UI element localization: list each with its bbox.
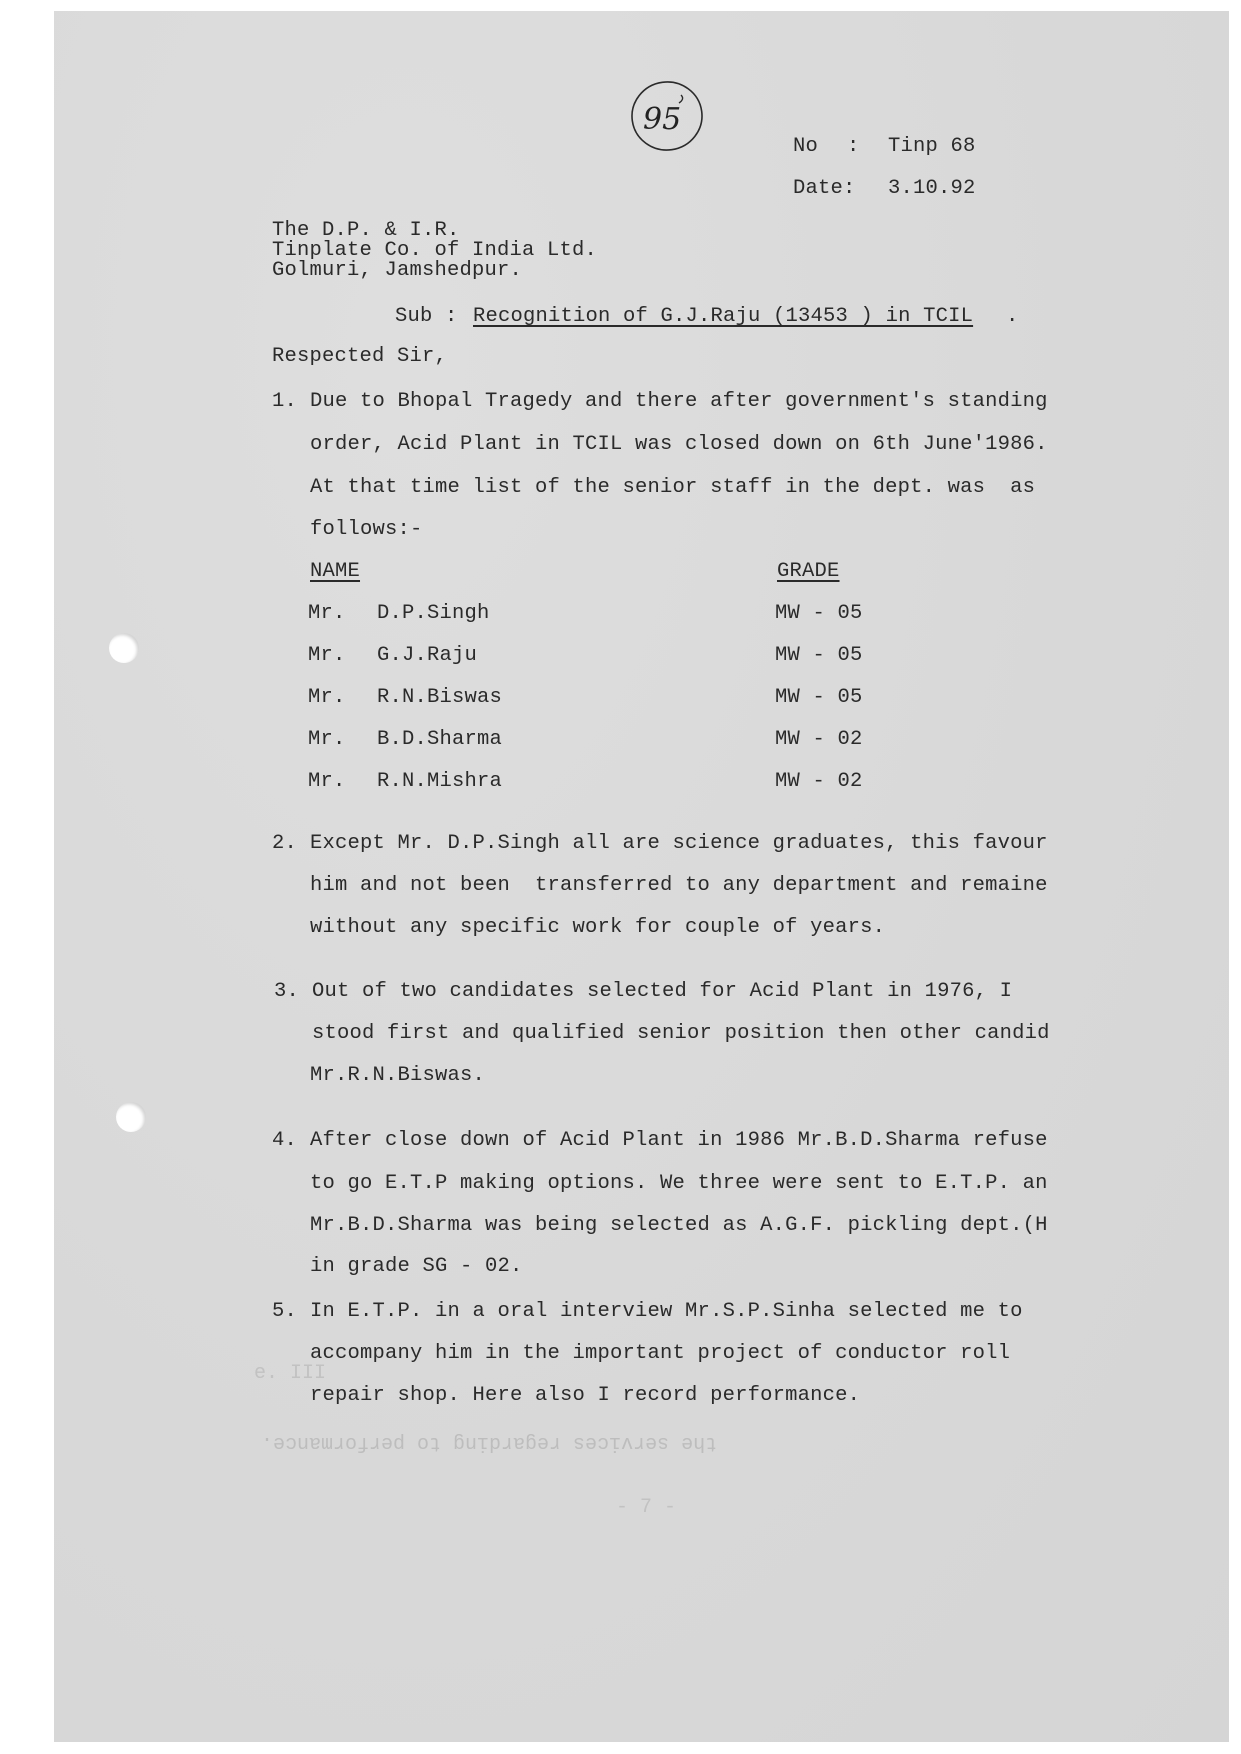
paragraph-number: 2. [272, 832, 297, 856]
paragraph-line: to go E.T.P making options. We three wer… [310, 1172, 1048, 1196]
row-name: B.D.Sharma [377, 728, 502, 752]
paragraph-line: In E.T.P. in a oral interview Mr.S.P.Sin… [310, 1300, 1023, 1324]
table-header-name: NAME [310, 560, 360, 584]
paragraph-line: At that time list of the senior staff in… [310, 476, 1035, 500]
row-grade: MW - 05 [775, 644, 863, 668]
paragraph-number: 3. [274, 980, 299, 1004]
paragraph-line: repair shop. Here also I record performa… [310, 1384, 860, 1408]
table-header-grade: GRADE [777, 560, 840, 584]
paragraph-line: Out of two candidates selected for Acid … [312, 980, 1012, 1004]
row-name: G.J.Raju [377, 644, 477, 668]
paragraph-number: 4. [272, 1129, 297, 1153]
paragraph-line: stood first and qualified senior positio… [312, 1022, 1050, 1046]
row-title: Mr. [308, 728, 346, 752]
row-title: Mr. [308, 770, 346, 794]
ref-no-label: No [793, 135, 818, 159]
row-title: Mr. [308, 686, 346, 710]
row-name: R.N.Mishra [377, 770, 502, 794]
address-line-2: Tinplate Co. of India Ltd. [272, 241, 597, 261]
bleed-through-fragment: e. III [254, 1362, 326, 1385]
subject-label: Sub : [395, 305, 458, 329]
ref-no-separator: : [847, 135, 860, 159]
row-grade: MW - 02 [775, 728, 863, 752]
date-label: Date: [793, 177, 856, 201]
paragraph-number: 1. [272, 390, 297, 414]
paragraph-line: in grade SG - 02. [310, 1255, 523, 1279]
salutation: Respected Sir, [272, 345, 447, 369]
address-line-1: The D.P. & I.R. [272, 221, 460, 241]
row-title: Mr. [308, 602, 346, 626]
row-grade: MW - 02 [775, 770, 863, 794]
date-value: 3.10.92 [888, 177, 976, 201]
subject-end: . [1006, 305, 1019, 329]
subject-text: Recognition of G.J.Raju (13453 ) in TCIL [473, 305, 973, 329]
row-title: Mr. [308, 644, 346, 668]
paragraph-line: Due to Bhopal Tragedy and there after go… [310, 390, 1048, 414]
paragraph-line: accompany him in the important project o… [310, 1342, 1010, 1366]
punch-hole-bottom [116, 1102, 146, 1132]
punch-hole-top [109, 633, 139, 663]
bleed-through-line: the services regarding to performance. [261, 1431, 717, 1454]
paragraph-line: Except Mr. D.P.Singh all are science gra… [310, 832, 1048, 856]
row-name: D.P.Singh [377, 602, 490, 626]
row-name: R.N.Biswas [377, 686, 502, 710]
ref-no-value: Tinp 68 [888, 135, 976, 159]
bleed-through-page-number: - 7 - [616, 1496, 676, 1519]
row-grade: MW - 05 [775, 686, 863, 710]
paragraph-line: without any specific work for couple of … [310, 916, 885, 940]
paragraph-line: After close down of Acid Plant in 1986 M… [310, 1129, 1048, 1153]
paragraph-number: 5. [272, 1300, 297, 1324]
paragraph-line: him and not been transferred to any depa… [310, 874, 1048, 898]
scanned-page: 95 No : Tinp 68 Date: 3.10.92 The D.P. &… [54, 11, 1229, 1742]
row-grade: MW - 05 [775, 602, 863, 626]
paragraph-line: order, Acid Plant in TCIL was closed dow… [310, 433, 1048, 457]
paragraph-line: Mr.B.D.Sharma was being selected as A.G.… [310, 1214, 1048, 1238]
paragraph-line: follows:- [310, 518, 423, 542]
address-line-3: Golmuri, Jamshedpur. [272, 261, 522, 281]
svg-text:95: 95 [643, 102, 681, 137]
handwritten-page-mark-icon: 95 [629, 79, 705, 153]
paragraph-line: Mr.R.N.Biswas. [310, 1064, 485, 1088]
